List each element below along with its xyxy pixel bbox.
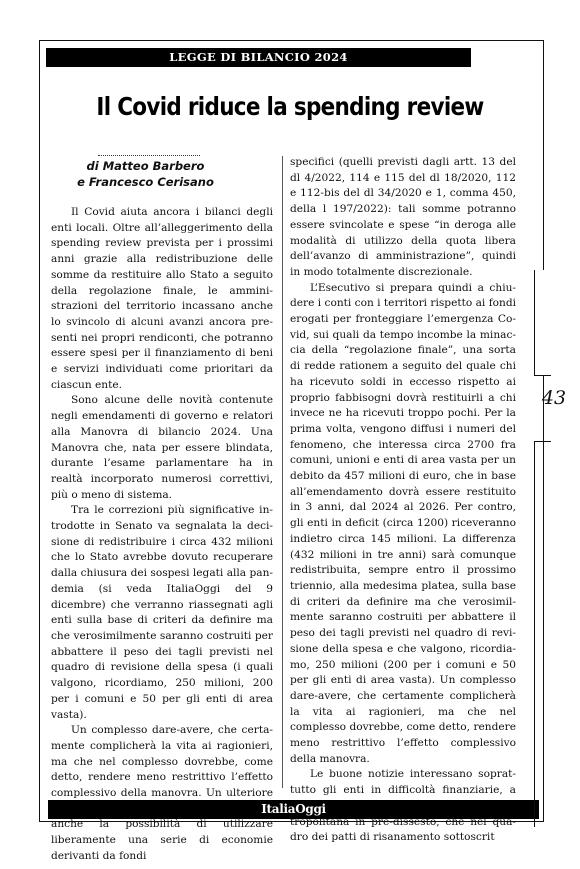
- byline-rule: [98, 155, 200, 156]
- page-marker-bracket-bottom: [534, 441, 551, 827]
- column-divider: [282, 156, 283, 788]
- publication-footer: ItaliaOggi: [48, 800, 539, 819]
- paragraph: Tra le correzioni più significative in­t…: [51, 503, 273, 723]
- page-marker-bracket-top: [534, 270, 551, 376]
- paragraph: Il Covid aiuta ancora i bilanci degli en…: [51, 205, 273, 393]
- article-column-2: specifici (quelli previsti dagli artt. 1…: [290, 155, 516, 846]
- paragraph: L’Esecutivo si prepara quindi a chiu­der…: [290, 281, 516, 768]
- paragraph: specifici (quelli previsti dagli artt. 1…: [290, 155, 516, 281]
- byline: di Matteo Barbero e Francesco Cerisano: [48, 158, 243, 190]
- page-number: 43: [534, 387, 574, 409]
- section-kicker: LEGGE DI BILANCIO 2024: [46, 48, 471, 67]
- byline-author-1: di Matteo Barbero: [48, 158, 243, 174]
- byline-author-2: e Francesco Cerisano: [48, 174, 243, 190]
- article-column-1: Il Covid aiuta ancora i bilanci degli en…: [51, 205, 273, 865]
- headline: Il Covid riduce la spending review: [75, 92, 505, 121]
- paragraph: Sono alcune delle novità contenute ne­gl…: [51, 393, 273, 503]
- paragraph: Un complesso dare-avere, che certa­mente…: [51, 723, 273, 864]
